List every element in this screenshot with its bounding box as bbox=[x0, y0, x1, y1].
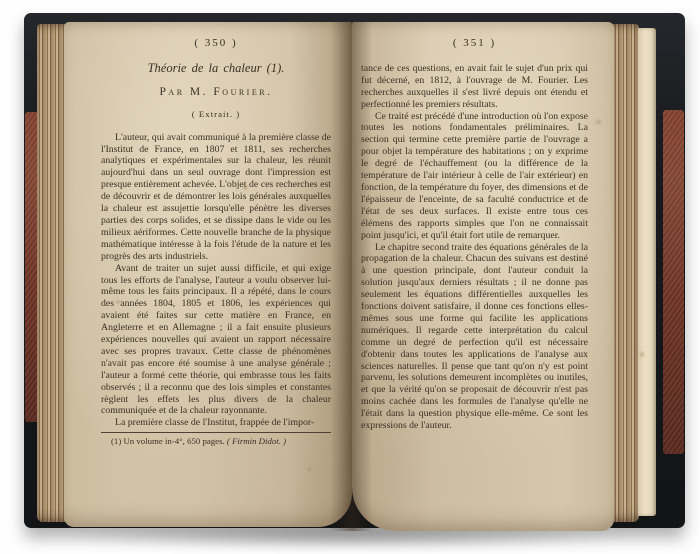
footnote-publisher: ( Firmin Didot. ) bbox=[227, 436, 286, 446]
endpaper-right bbox=[638, 28, 656, 516]
right-page-text-column: ( 351 ) tance de ces questions, en avait… bbox=[361, 38, 588, 432]
footnote: (1) Un volume in-4°, 650 pages. ( Firmin… bbox=[101, 436, 331, 447]
paragraph: tance de ces questions, en avait fait le… bbox=[361, 63, 588, 111]
paragraph: L'auteur, qui avait communiqué à la prem… bbox=[101, 132, 331, 263]
right-page: ( 351 ) tance de ces questions, en avait… bbox=[352, 22, 614, 531]
footnote-text: (1) Un volume in-4°, 650 pages. bbox=[111, 436, 225, 446]
footnote-rule bbox=[101, 432, 331, 433]
left-page-number: ( 350 ) bbox=[101, 38, 331, 50]
book-photo: ( 350 ) Théorie de la chaleur (1). Par M… bbox=[0, 0, 700, 554]
foxing-spot bbox=[596, 120, 601, 124]
paragraph: La première classe de l'Institut, frappé… bbox=[101, 417, 331, 429]
foxing-spot bbox=[243, 185, 248, 190]
left-page: ( 350 ) Théorie de la chaleur (1). Par M… bbox=[64, 22, 352, 527]
left-page-text-column: ( 350 ) Théorie de la chaleur (1). Par M… bbox=[101, 38, 331, 447]
paragraph: Ce traité est précédé d'une introduction… bbox=[361, 111, 588, 242]
article-title: Théorie de la chaleur (1). bbox=[101, 63, 331, 75]
paragraph: Avant de traiter un sujet aussi difficil… bbox=[101, 263, 331, 418]
foxing-spot bbox=[308, 468, 311, 471]
right-page-number: ( 351 ) bbox=[361, 38, 588, 50]
foxing-spot bbox=[640, 352, 644, 357]
page-edges-right bbox=[613, 24, 639, 522]
article-extrait-label: ( Extrait. ) bbox=[101, 109, 331, 121]
foxing-spot bbox=[116, 300, 120, 304]
leather-strip-right bbox=[663, 110, 684, 454]
paragraph: Le chapitre second traite des équations … bbox=[361, 242, 588, 433]
page-edges-left bbox=[37, 24, 67, 522]
article-byline: Par M. Fourier. bbox=[101, 87, 331, 99]
